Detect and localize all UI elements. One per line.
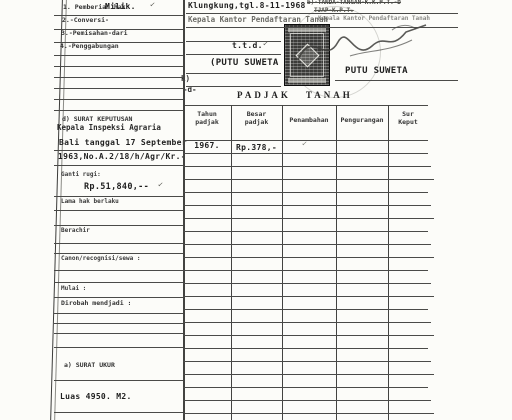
luas-value: Luas 4950. M2.	[60, 393, 132, 402]
left-column-rule	[54, 333, 183, 334]
table-row-line	[183, 309, 428, 310]
section-title: PADJAK TANAH	[237, 91, 353, 101]
note-d: -d-	[183, 86, 197, 94]
left-column-rule	[54, 196, 183, 197]
place-date: Klungkung,tgl.8-11-1968	[188, 2, 306, 11]
table-row-line	[183, 283, 431, 284]
table-row-line	[183, 166, 431, 167]
official-block-rule	[186, 13, 458, 14]
left-column-rule	[54, 253, 183, 254]
table-row-line	[183, 257, 434, 258]
berachir-label: Berachir	[61, 228, 90, 235]
col-header-besar-padjak: Besar padjak	[231, 110, 282, 126]
lama-hak-label: Lama hak berlaku	[61, 199, 119, 206]
official-block-rule	[186, 73, 281, 74]
table-row-line	[183, 335, 434, 336]
ganti-rugi-value: Rp.51,840,--	[84, 183, 149, 192]
surat-ukur-label: a) SURAT UKUR	[64, 362, 115, 369]
table-row-line	[183, 192, 428, 193]
tax-amount-value: Rp.378,-	[231, 143, 282, 152]
col-header-surat-keputusan: Sur Keput	[388, 110, 428, 126]
left-column-rule	[54, 270, 183, 271]
left-column-rule	[54, 66, 183, 67]
left-column-rule	[54, 313, 183, 314]
left-column-rule	[54, 99, 183, 100]
reg-item-1-value: Milik.	[105, 3, 136, 12]
reg-item-4-label: 4.-Penggabungan	[60, 43, 119, 50]
table-row-line	[183, 179, 434, 180]
table-row-line	[183, 387, 428, 388]
table-header-bottom-border	[183, 140, 428, 141]
reg-item-2-label: 2.-Conversi-	[62, 17, 109, 24]
col-header-penambahan: Penambahan	[282, 116, 336, 124]
left-column-rule	[54, 297, 183, 298]
left-column-rule	[54, 77, 183, 78]
tax-year-value: 1967.	[183, 141, 231, 150]
table-row-line	[183, 322, 431, 323]
table-row-line	[183, 218, 434, 219]
left-column-rule	[54, 15, 183, 16]
dirobah-label: Dirobah mendjadi :	[61, 300, 131, 307]
table-row-line	[183, 205, 431, 206]
left-column-rule	[54, 323, 183, 324]
reg-item-1-checkmark: ✓	[149, 1, 155, 10]
official-block-rule	[186, 41, 281, 42]
decree-office: Kepala Inspeksi Agraria	[57, 124, 161, 132]
table-row-line	[183, 361, 431, 362]
reg-item-3-label: 3.-Pemisahan-dari	[61, 30, 128, 37]
mulai-label: Mulai :	[61, 286, 86, 293]
left-column-rule	[54, 282, 183, 283]
left-column-rule	[54, 110, 183, 111]
table-row-line	[183, 348, 428, 349]
document-scan: 1. Pemberian hak Milik. ✓ 2.-Conversi- 3…	[0, 0, 512, 420]
official-block-rule	[186, 86, 281, 87]
left-column-rule	[54, 380, 183, 381]
decree-date-line: Bali tanggal 17 September	[59, 139, 187, 148]
table-row-line	[183, 231, 428, 232]
ganti-rugi-label: Ganti rugi:	[61, 172, 101, 179]
left-column-rule	[54, 88, 183, 89]
table-row-line	[183, 296, 434, 297]
left-column-rule	[54, 210, 183, 211]
revenue-stamp-bottom-band	[288, 78, 326, 83]
table-row-line	[183, 270, 428, 271]
table-left-border	[183, 0, 185, 420]
table-row-line	[183, 374, 434, 375]
left-column-rule	[54, 55, 183, 56]
left-column-rule	[54, 165, 183, 166]
table-row-line	[183, 153, 428, 154]
left-column-rule	[54, 243, 183, 244]
table-row-line	[183, 244, 431, 245]
left-column-rule	[54, 412, 183, 413]
left-column-rule	[54, 29, 183, 30]
col-header-pengurangan: Pengurangan	[336, 116, 388, 124]
left-column-rule	[54, 42, 183, 43]
corner-note-line1: b)-TANDA-TANGAN-K.K.P.T.-D	[307, 0, 401, 7]
official-block-rule	[186, 54, 281, 55]
official-block-rule	[186, 27, 458, 28]
ttd-label: t.t.d.	[232, 42, 263, 51]
left-column-rule	[54, 150, 183, 151]
decree-number-line: 1963,No.A.2/18/h/Agr/Kr.-	[58, 153, 186, 162]
col-header-tahun-padjak: Tahun padjak	[183, 110, 231, 126]
signer-name-left: (PUTU SUWETA	[210, 59, 279, 69]
table-row-line	[183, 413, 434, 414]
table-top-border	[183, 105, 428, 106]
official-block-rule	[335, 80, 458, 81]
left-column-rule	[54, 225, 183, 226]
canon-recognisi-label: Canon/recognisi/sewa :	[61, 256, 140, 263]
left-column-rule	[54, 347, 183, 348]
ganti-rugi-checkmark: ✓	[157, 181, 163, 190]
table-row-line	[183, 400, 431, 401]
tax-row-checkmark: ✓	[301, 140, 307, 149]
